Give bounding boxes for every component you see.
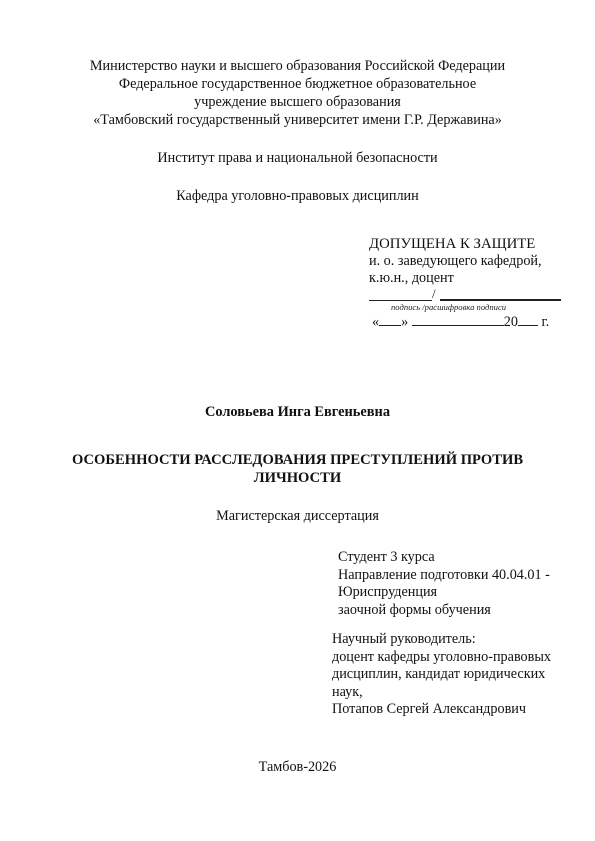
advisor-line: Научный руководитель: — [332, 631, 582, 649]
thesis-title: ОСОБЕННОСТИ РАССЛЕДОВАНИЯ ПРЕСТУПЛЕНИЙ П… — [0, 451, 595, 487]
student-line: Юриспруденция — [338, 584, 578, 602]
header-line: Федеральное государственное бюджетное об… — [0, 75, 595, 93]
thesis-type-text: Магистерская диссертация — [0, 507, 595, 525]
header-line: учреждение высшего образования — [0, 93, 595, 111]
student-line: Студент 3 курса — [338, 549, 578, 567]
approval-block: ДОПУЩЕНА К ЗАЩИТЕ и. о. заведующего кафе… — [369, 236, 569, 331]
signature-blank[interactable] — [369, 300, 432, 301]
thesis-title-line: ОСОБЕННОСТИ РАССЛЕДОВАНИЯ ПРЕСТУПЛЕНИЙ П… — [0, 451, 595, 469]
signature-caption: подпись /расшифровка подписи — [391, 302, 569, 313]
approval-degree: к.ю.н., доцент — [369, 270, 569, 287]
thesis-title-line: ЛИЧНОСТИ — [0, 469, 595, 487]
ministry-header: Министерство науки и высшего образования… — [0, 57, 595, 129]
advisor-info: Научный руководитель: доцент кафедры уго… — [332, 631, 582, 719]
signature-row: / — [369, 288, 569, 302]
title-page: Министерство науки и высшего образования… — [0, 0, 595, 841]
student-info: Студент 3 курса Направление подготовки 4… — [338, 549, 578, 619]
department-text: Кафедра уголовно-правовых дисциплин — [0, 187, 595, 205]
date-open-quote: « — [372, 314, 379, 330]
thesis-type: Магистерская диссертация — [0, 507, 595, 525]
place-year-text: Тамбов-2026 — [0, 758, 595, 776]
advisor-line: наук, — [332, 684, 582, 702]
signature-decoding-blank[interactable] — [440, 299, 561, 301]
author-text: Соловьева Инга Евгеньевна — [0, 403, 595, 421]
month-blank[interactable] — [412, 313, 504, 326]
place-year: Тамбов-2026 — [0, 758, 595, 776]
institute-text: Институт права и национальной безопаснос… — [0, 149, 595, 167]
date-row: «» 20 г. — [372, 313, 569, 331]
header-line: «Тамбовский государственный университет … — [0, 111, 595, 129]
date-close-quote: » — [401, 314, 408, 330]
approval-title: ДОПУЩЕНА К ЗАЩИТЕ — [369, 236, 569, 253]
advisor-line: Потапов Сергей Александрович — [332, 701, 582, 719]
header-line: Министерство науки и высшего образования… — [0, 57, 595, 75]
signature-slash: / — [432, 286, 436, 302]
advisor-line: доцент кафедры уголовно-правовых — [332, 649, 582, 667]
student-line: заочной формы обучения — [338, 602, 578, 620]
day-blank[interactable] — [379, 313, 401, 326]
year-blank[interactable] — [518, 313, 538, 326]
year-suffix: г. — [541, 314, 549, 330]
institute-name: Институт права и национальной безопаснос… — [0, 149, 595, 167]
author-name: Соловьева Инга Евгеньевна — [0, 403, 595, 421]
student-line: Направление подготовки 40.04.01 - — [338, 567, 578, 585]
advisor-line: дисциплин, кандидат юридических — [332, 666, 582, 684]
approval-role: и. о. заведующего кафедрой, — [369, 253, 569, 270]
year-prefix: 20 — [504, 314, 518, 330]
department-name: Кафедра уголовно-правовых дисциплин — [0, 187, 595, 205]
